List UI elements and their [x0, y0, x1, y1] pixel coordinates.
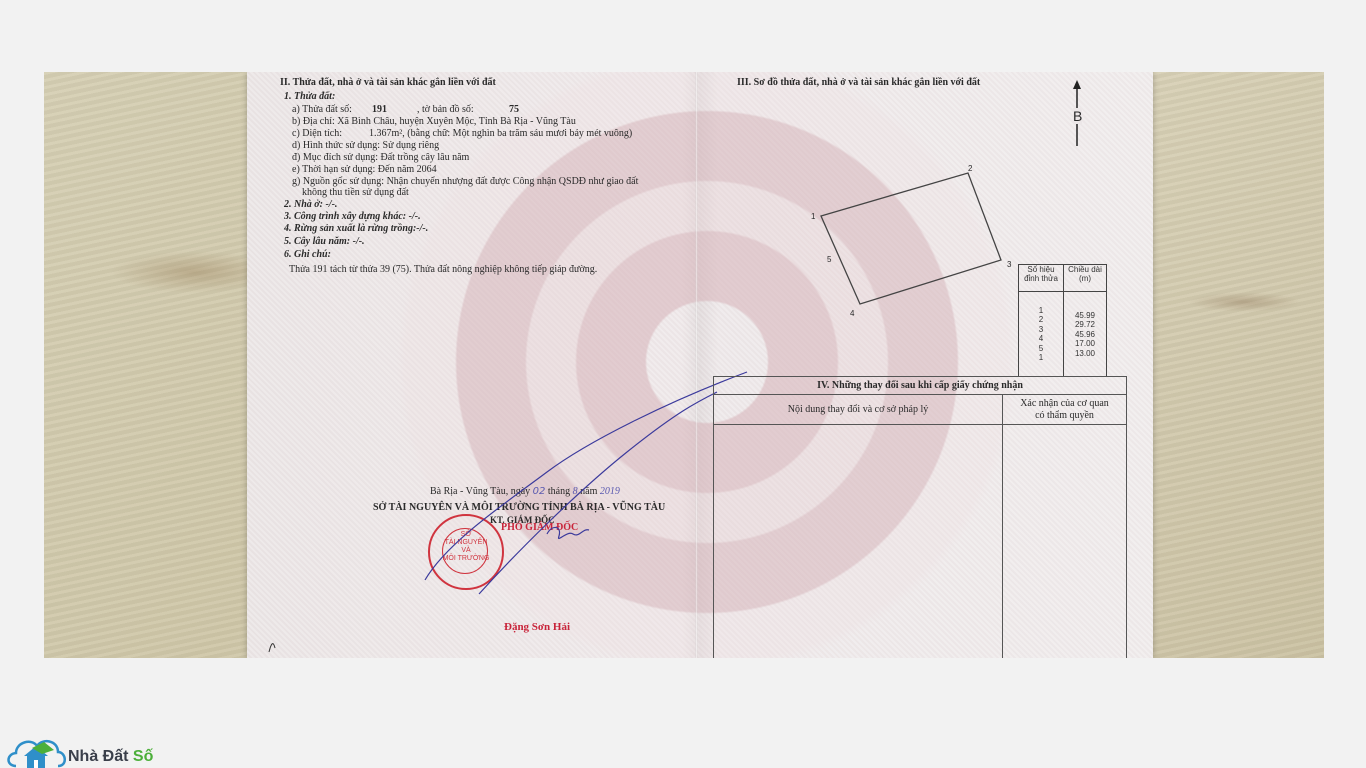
vertex-2: 2: [968, 163, 972, 175]
length-list: 45.99 29.72 45.96 17.00 13.00: [1064, 292, 1107, 377]
vertex-3: 3: [1007, 259, 1011, 271]
vertex-4: 4: [850, 308, 854, 320]
vertex-length-table: Số hiệu đỉnh thửa Chiều dài (m) 1 2 3 4 …: [1018, 264, 1107, 377]
col-length-header: Chiều dài (m): [1064, 265, 1107, 292]
changes-col-confirmation: Xác nhận của cơ quan có thẩm quyền: [1003, 395, 1126, 425]
vertex-1: 1: [811, 211, 815, 223]
vertex-5: 5: [827, 254, 831, 266]
changes-title: IV. Những thay đổi sau khi cấp giấy chứn…: [714, 377, 1126, 395]
cloud-house-icon: [6, 734, 68, 768]
land-certificate-page: II. Thửa đất, nhà ở và tài sản khác gắn …: [247, 72, 1153, 658]
document-photo: II. Thửa đất, nhà ở và tài sản khác gắn …: [44, 72, 1324, 658]
brand-logo[interactable]: Nhà Đất Số: [6, 734, 166, 768]
col-vertex-header: Số hiệu đỉnh thửa: [1019, 265, 1064, 292]
changes-table: IV. Những thay đổi sau khi cấp giấy chứn…: [713, 376, 1127, 658]
brand-name: Nhà Đất Số: [68, 748, 153, 766]
changes-col-content: Nội dung thay đổi và cơ sở pháp lý: [714, 395, 1002, 425]
vertex-list: 1 2 3 4 5 1: [1019, 292, 1064, 377]
